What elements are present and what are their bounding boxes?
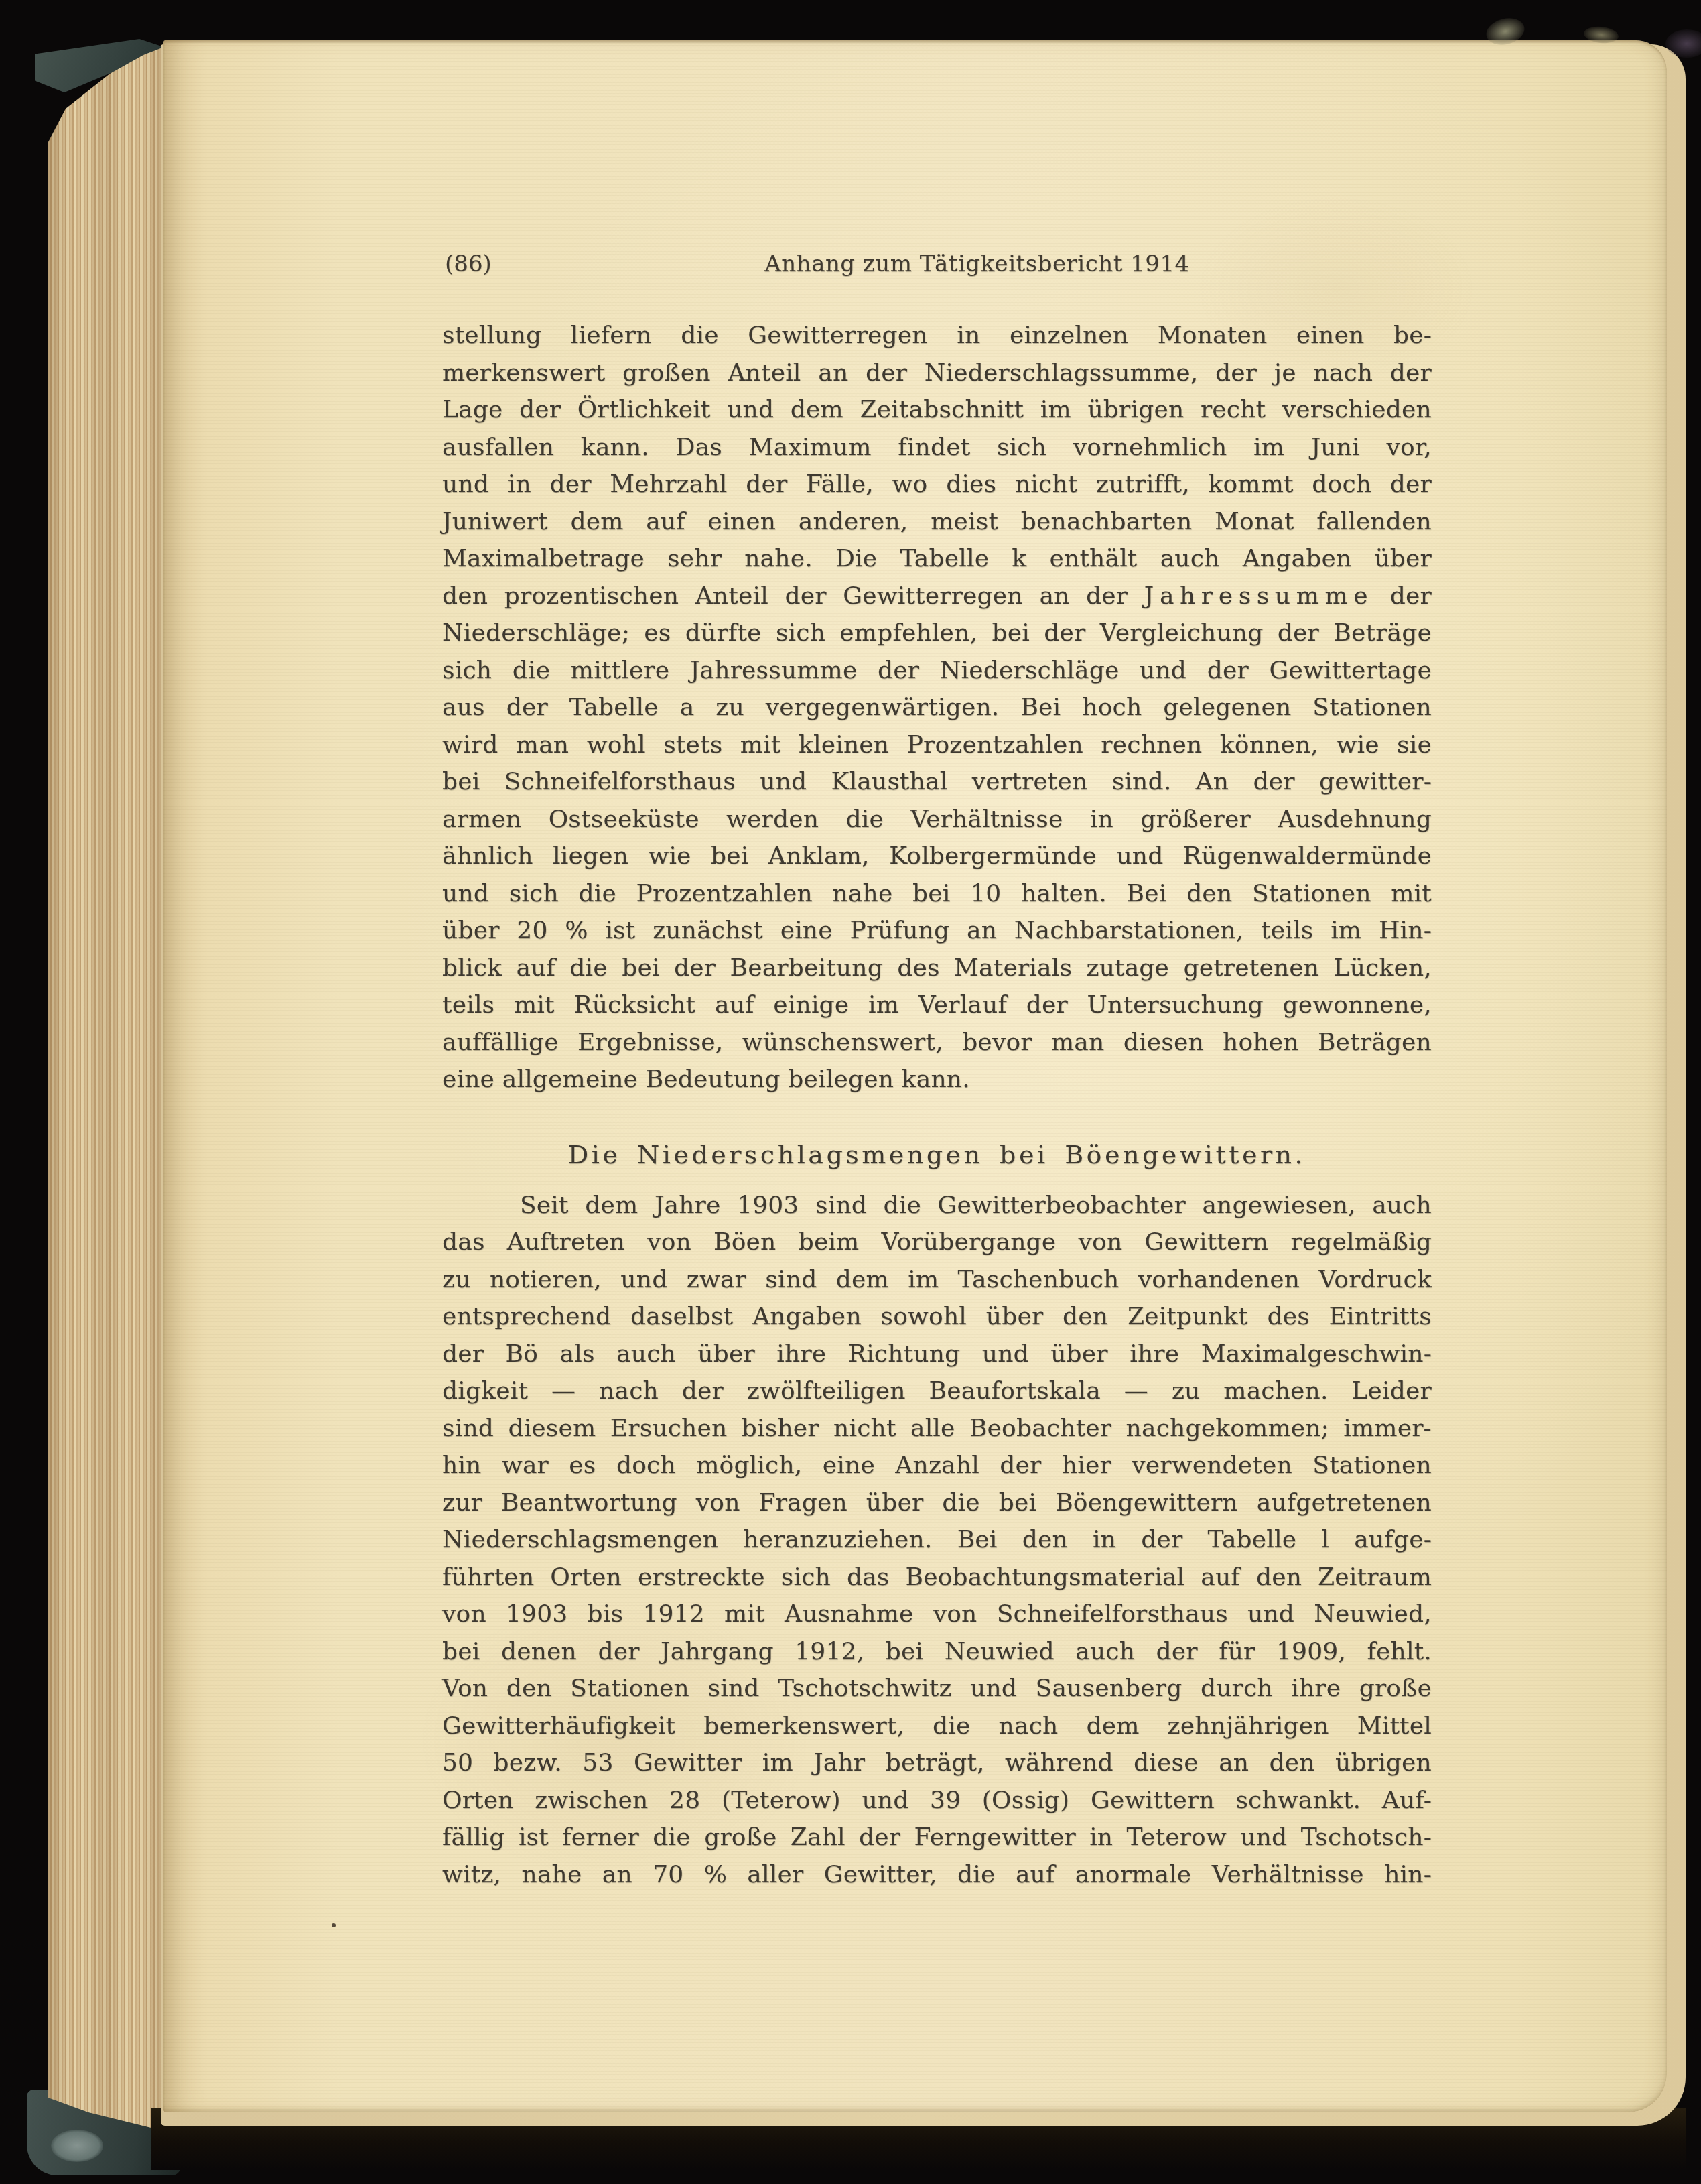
text-line: Von den Stationen sind Tschotschwitz und… bbox=[442, 1670, 1432, 1708]
running-title: Anhang zum Tätigkeitsbericht 1914 bbox=[442, 248, 1432, 280]
paragraph-1: stellung liefern die Gewitterregen in ei… bbox=[442, 317, 1432, 1098]
text-line: sind diesem Ersuchen bisher nicht alle B… bbox=[442, 1410, 1432, 1448]
text-line: Maximalbetrage sehr nahe. Die Tabelle k … bbox=[442, 540, 1432, 578]
cover-worn-patch bbox=[51, 2130, 103, 2162]
page-edges-stack bbox=[48, 44, 170, 2132]
paragraph-2: Seit dem Jahre 1903 sind die Gewitterbeo… bbox=[442, 1187, 1432, 1894]
text-line: führten Orten erstreckte sich das Beobac… bbox=[442, 1559, 1432, 1596]
text-line: 50 bezw. 53 Gewitter im Jahr beträgt, wä… bbox=[442, 1744, 1432, 1782]
text-line: über 20 % ist zunächst eine Prüfung an N… bbox=[442, 912, 1432, 950]
text-line: den prozentischen Anteil der Gewitterreg… bbox=[442, 578, 1432, 615]
emphasized-word: Jahressumme bbox=[1144, 582, 1373, 610]
text-line: bei denen der Jahrgang 1912, bei Neuwied… bbox=[442, 1633, 1432, 1671]
text-line: armen Ostseeküste werden die Verhältniss… bbox=[442, 801, 1432, 838]
text-line: von 1903 bis 1912 mit Ausnahme von Schne… bbox=[442, 1596, 1432, 1633]
text-line: blick auf die bei der Bearbeitung des Ma… bbox=[442, 950, 1432, 987]
text-line: der Bö als auch über ihre Richtung und ü… bbox=[442, 1336, 1432, 1373]
ink-speck bbox=[332, 1923, 336, 1927]
text-line: ähnlich liegen wie bei Anklam, Kolberger… bbox=[442, 838, 1432, 875]
text-line: entsprechend daselbst Angaben sowohl übe… bbox=[442, 1298, 1432, 1336]
text-line: wird man wohl stets mit kleinen Prozentz… bbox=[442, 726, 1432, 764]
text-line: Seit dem Jahre 1903 sind die Gewitterbeo… bbox=[442, 1187, 1432, 1224]
text-line: ausfallen kann. Das Maximum findet sich … bbox=[442, 429, 1432, 466]
text-line: das Auftreten von Böen beim Vorübergange… bbox=[442, 1224, 1432, 1261]
section-heading: Die Niederschlagsmengen bei Böengewitter… bbox=[442, 1137, 1432, 1173]
text-line: auffällige Ergebnisse, wünschenswert, be… bbox=[442, 1024, 1432, 1062]
text-line: zu notieren, und zwar sind dem im Tasche… bbox=[442, 1261, 1432, 1299]
text-line: stellung liefern die Gewitterregen in ei… bbox=[442, 317, 1432, 355]
text-line: bei Schneifelforsthaus und Klausthal ver… bbox=[442, 763, 1432, 801]
text-line: digkeit — nach der zwölfteiligen Beaufor… bbox=[442, 1372, 1432, 1410]
scanned-book-photo: (86) Anhang zum Tätigkeitsbericht 1914 s… bbox=[0, 0, 1701, 2184]
text-line: fällig ist ferner die große Zahl der Fer… bbox=[442, 1819, 1432, 1856]
text-line: eine allgemeine Bedeutung beilegen kann. bbox=[442, 1061, 1432, 1098]
text-line: Juniwert dem auf einen anderen, meist be… bbox=[442, 503, 1432, 541]
text-line: zur Beantwortung von Fragen über die bei… bbox=[442, 1484, 1432, 1522]
page-text-body: stellung liefern die Gewitterregen in ei… bbox=[442, 317, 1432, 1893]
text-line: Niederschlagsmengen heranzuziehen. Bei d… bbox=[442, 1521, 1432, 1559]
book-page: (86) Anhang zum Tätigkeitsbericht 1914 s… bbox=[163, 40, 1667, 2112]
text-line: sich die mittlere Jahressumme der Nieder… bbox=[442, 652, 1432, 690]
text-line: witz, nahe an 70 % aller Gewitter, die a… bbox=[442, 1856, 1432, 1894]
text-line: und in der Mehrzahl der Fälle, wo dies n… bbox=[442, 466, 1432, 503]
page-number: (86) bbox=[445, 248, 492, 280]
text-line: Orten zwischen 28 (Teterow) und 39 (Ossi… bbox=[442, 1782, 1432, 1819]
text-line: aus der Tabelle a zu vergegenwärtigen. B… bbox=[442, 689, 1432, 726]
text-line: hin war es doch möglich, eine Anzahl der… bbox=[442, 1447, 1432, 1484]
text-line: merkenswert großen Anteil an der Nieders… bbox=[442, 355, 1432, 392]
text-line: teils mit Rücksicht auf einige im Verlau… bbox=[442, 986, 1432, 1024]
text-line: und sich die Prozentzahlen nahe bei 10 h… bbox=[442, 875, 1432, 913]
text-line: Niederschläge; es dürfte sich empfehlen,… bbox=[442, 615, 1432, 652]
text-line: Lage der Örtlichkeit und dem Zeitabschni… bbox=[442, 391, 1432, 429]
running-header: (86) Anhang zum Tätigkeitsbericht 1914 bbox=[442, 248, 1432, 280]
text-line: Gewitterhäufigkeit bemerkenswert, die na… bbox=[442, 1708, 1432, 1745]
